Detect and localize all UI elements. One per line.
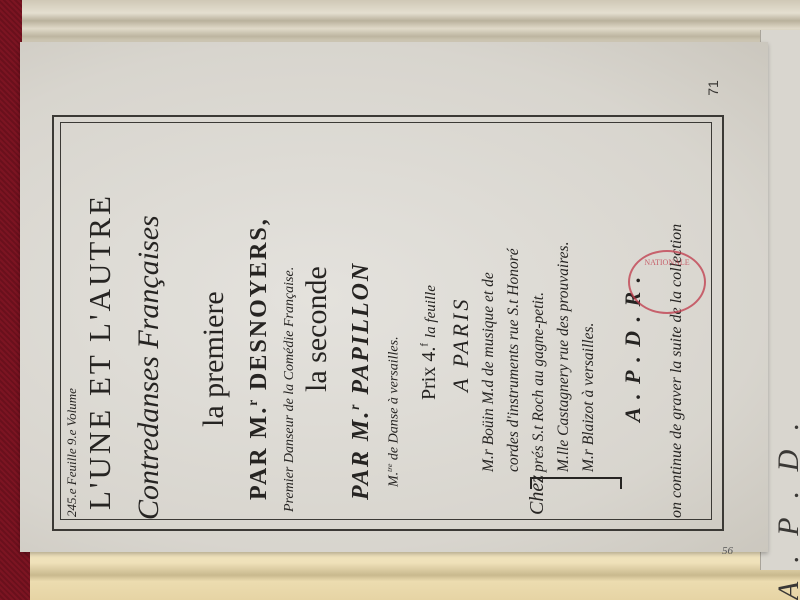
title-page-content: 245.e Feuille 9.e Volume L'UNE ET L'AUTR… <box>60 122 710 518</box>
sellers-bracket <box>530 477 622 489</box>
seller-line-4: M.lle Castagnery rue des prouvaires. <box>555 242 573 472</box>
first-dance-label: la premiere <box>197 291 231 427</box>
corner-mark: 71 <box>705 80 721 96</box>
place: A PARIS <box>448 297 474 392</box>
subtitle: Contredanses Françaises <box>132 215 166 520</box>
first-author-title: Premier Danseur de la Comédie Française. <box>282 267 298 512</box>
seller-line-3: prés S.t Roch au gagne-petit. <box>530 292 548 472</box>
library-stamp: NATIONALE <box>628 250 706 314</box>
second-dance-label: la seconde <box>300 266 334 392</box>
next-page-text: A . P . D . R <box>772 380 800 600</box>
seller-line-2: cordes d'instruments rue S.t Honoré <box>505 248 523 472</box>
seller-line-5: M.r Blaizot à versailles. <box>580 323 598 472</box>
seller-line-1: M.r Boüin M.d de musique et de <box>480 272 498 472</box>
header-note: 245.e Feuille 9.e Volume <box>64 388 80 517</box>
foliation-number: 56 <box>722 545 733 557</box>
title: L'UNE ET L'AUTRE <box>82 193 118 510</box>
price: Prix 4.f la feuille <box>418 285 441 400</box>
second-author-title: M.tre de Danse à versailles. <box>385 336 403 487</box>
first-author: PAR M.r DESNOYERS, <box>245 217 273 500</box>
second-author: PAR M.r PAPILLON <box>347 262 375 500</box>
